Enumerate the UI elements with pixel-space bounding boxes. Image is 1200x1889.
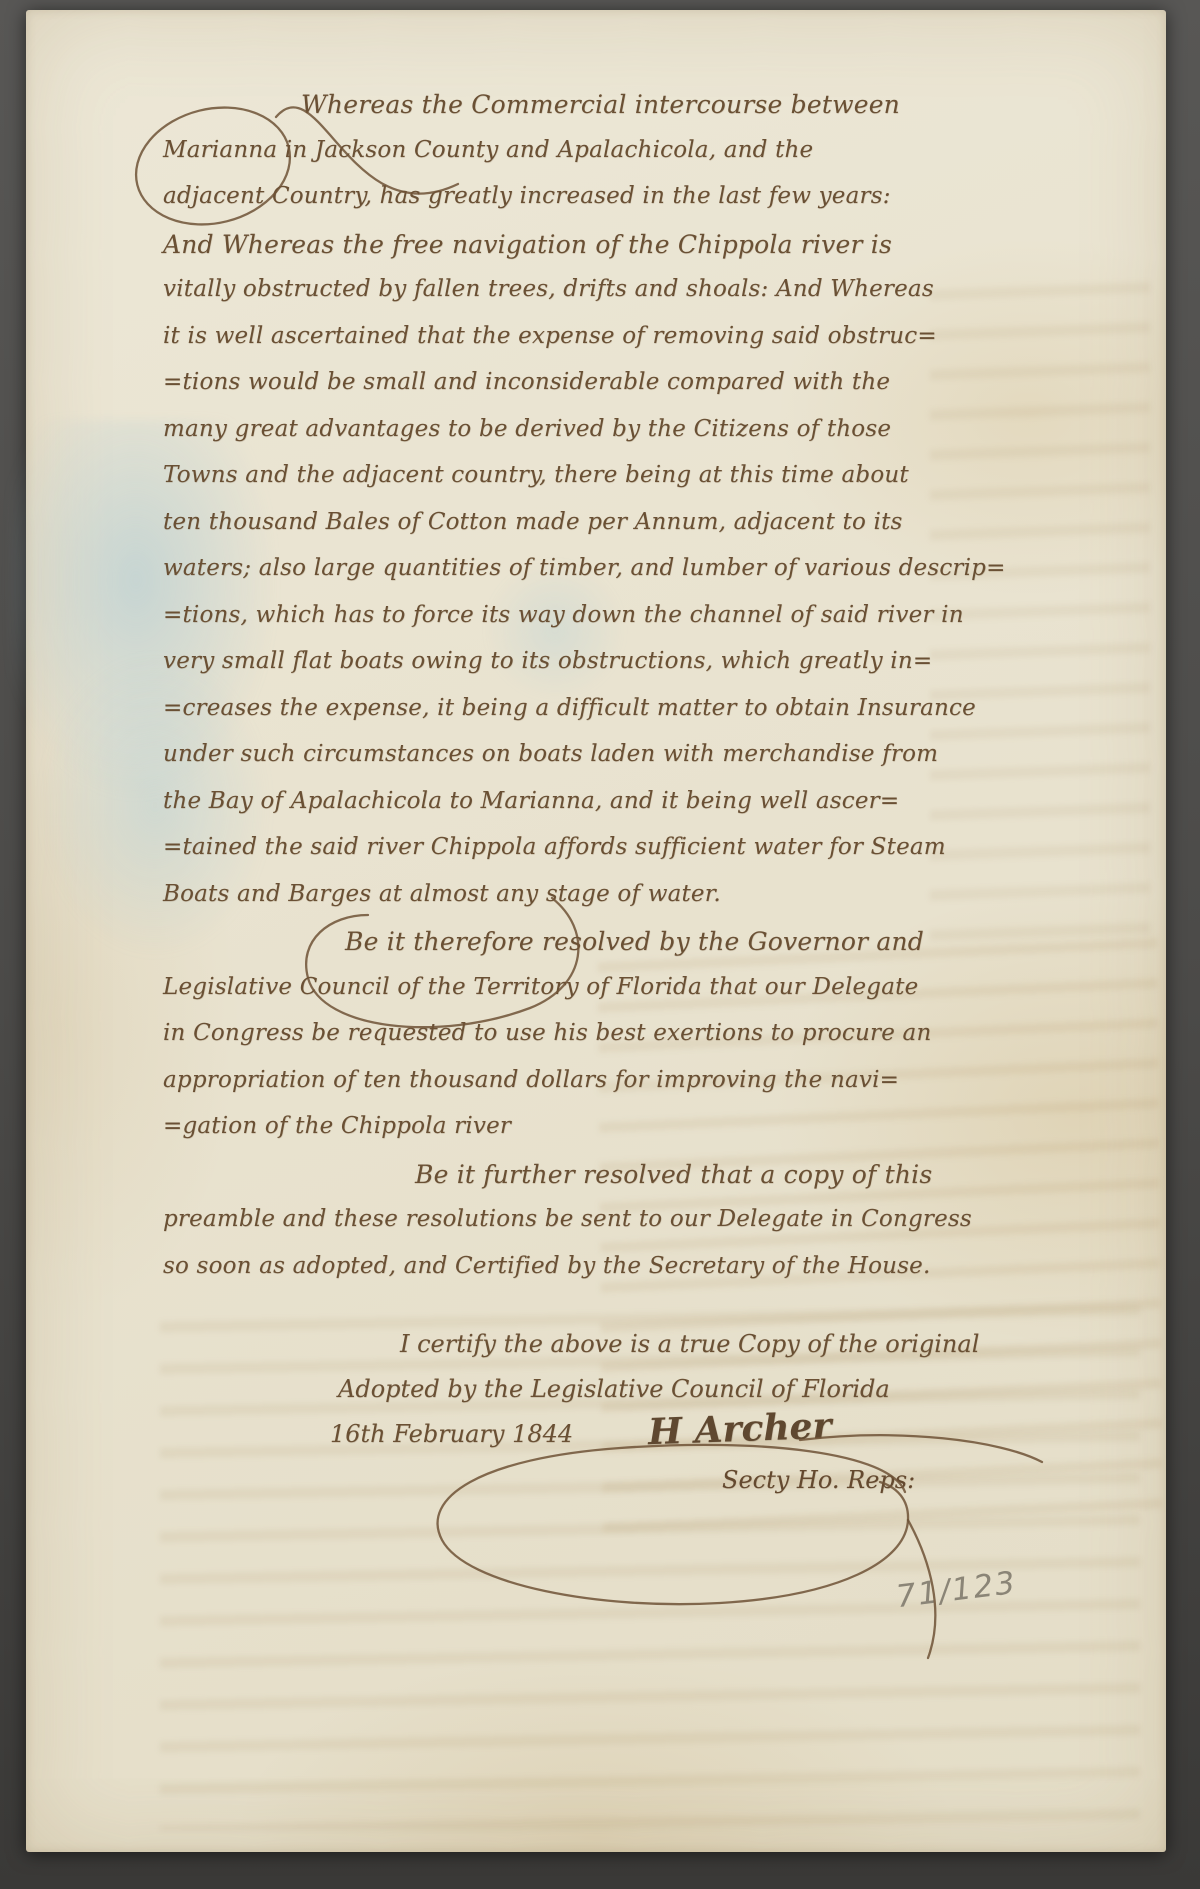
text-line: Legislative Council of the Territory of … xyxy=(163,974,963,1021)
text-line: =gation of the Chippola river xyxy=(163,1113,963,1160)
text-line: it is well ascertained that the expense … xyxy=(163,323,963,370)
scanned-document: Whereas the Commercial intercourse betwe… xyxy=(0,0,1200,1889)
text-line: the Bay of Apalachicola to Marianna, and… xyxy=(163,788,963,835)
resolution-text: Whereas the Commercial intercourse betwe… xyxy=(163,90,963,1299)
text-line: Marianna in Jackson County and Apalachic… xyxy=(163,137,963,184)
signature-title: Secty Ho. Reps: xyxy=(722,1466,915,1494)
text-line: preamble and these resolutions be sent t… xyxy=(163,1206,963,1253)
text-line: Whereas the Commercial intercourse betwe… xyxy=(163,90,963,137)
text-line: Towns and the adjacent country, there be… xyxy=(163,462,963,509)
text-line: =tions, which has to force its way down … xyxy=(163,602,963,649)
text-line: ten thousand Bales of Cotton made per An… xyxy=(163,509,963,556)
text-line: =creases the expense, it being a difficu… xyxy=(163,695,963,742)
text-line: vitally obstructed by fallen trees, drif… xyxy=(163,276,963,323)
text-line: Be it further resolved that a copy of th… xyxy=(163,1160,963,1207)
signature: H Archer xyxy=(647,1405,832,1453)
text-line: very small flat boats owing to its obstr… xyxy=(163,648,963,695)
text-line: adjacent Country, has greatly increased … xyxy=(163,183,963,230)
text-line: Be it therefore resolved by the Governor… xyxy=(163,927,963,974)
text-line: under such circumstances on boats laden … xyxy=(163,741,963,788)
text-line: in Congress be requested to use his best… xyxy=(163,1020,963,1067)
text-line: =tions would be small and inconsiderable… xyxy=(163,369,963,416)
certify-line: I certify the above is a true Copy of th… xyxy=(330,1330,979,1375)
text-line: waters; also large quantities of timber,… xyxy=(163,555,963,602)
text-line: =tained the said river Chippola affords … xyxy=(163,834,963,881)
text-line: Boats and Barges at almost any stage of … xyxy=(163,881,963,928)
text-line: so soon as adopted, and Certified by the… xyxy=(163,1253,963,1300)
text-line: many great advantages to be derived by t… xyxy=(163,416,963,463)
text-line: appropriation of ten thousand dollars fo… xyxy=(163,1067,963,1114)
text-line: And Whereas the free navigation of the C… xyxy=(163,230,963,277)
